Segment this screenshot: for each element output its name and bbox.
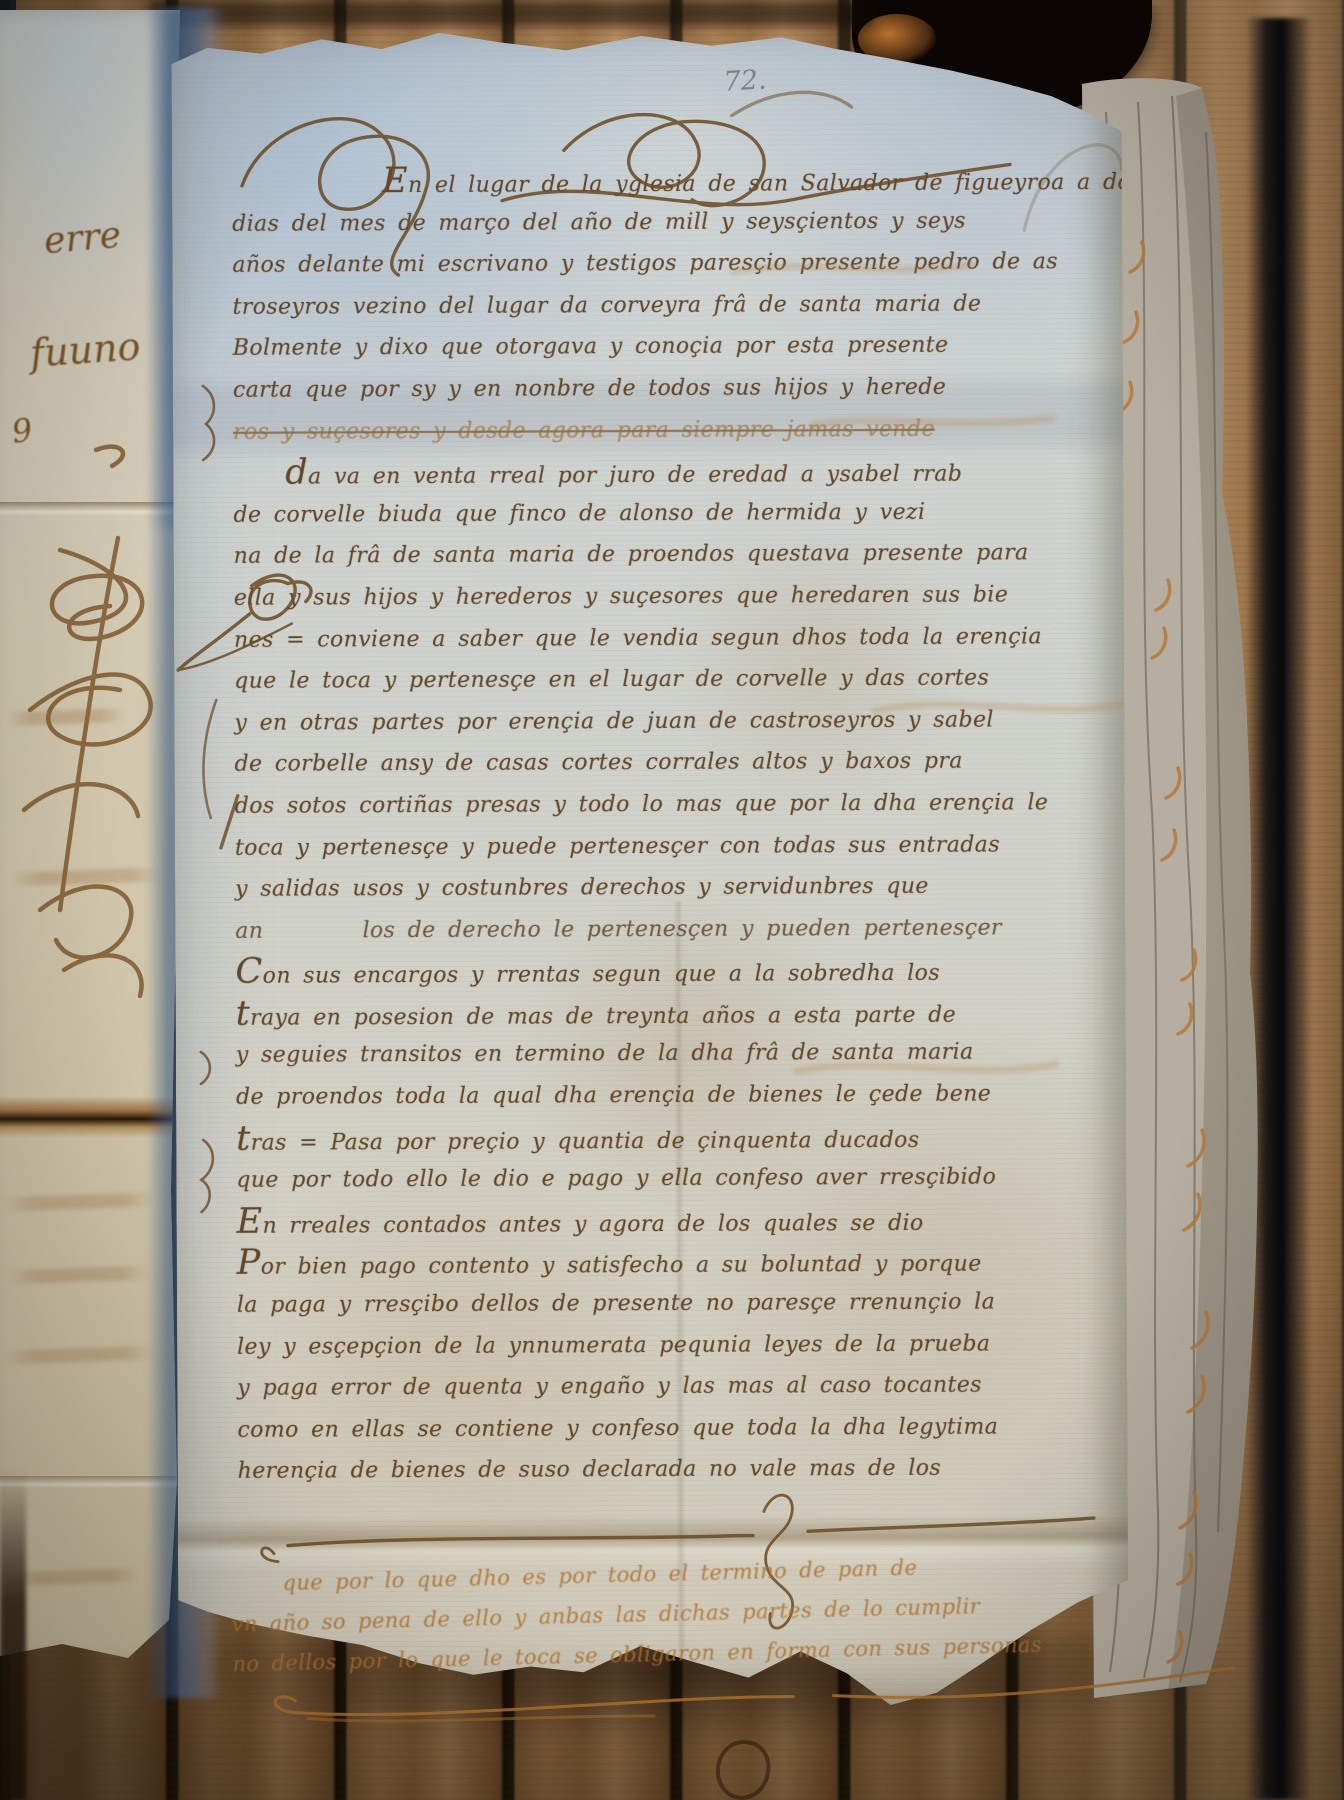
manuscript-photo-scene: erre fuuno 9 [0,0,1344,1800]
left-margin-flourish-icon [178,575,312,670]
opening-rubric-flourish-icon [242,118,429,275]
lower-left-shadow [0,1470,26,1800]
closing-clause-block: que por lo que dho es por todo el termin… [230,1540,1244,1735]
manuscript-page: 72. En el lugar de la yglesia de san Sal… [171,20,1128,1708]
ghost-bleed-squiggles [732,264,1122,1072]
ink-marks-layer [171,20,1128,1708]
left-margin-slash-icon [221,796,238,848]
left-margin-brace-icon [198,386,218,1212]
left-margin-bracket-icon [203,700,217,818]
center-rubric-flourish-icon [502,91,1010,206]
top-plank-gap-shadow [150,0,870,26]
right-bleed-oval-icon [1024,145,1122,230]
